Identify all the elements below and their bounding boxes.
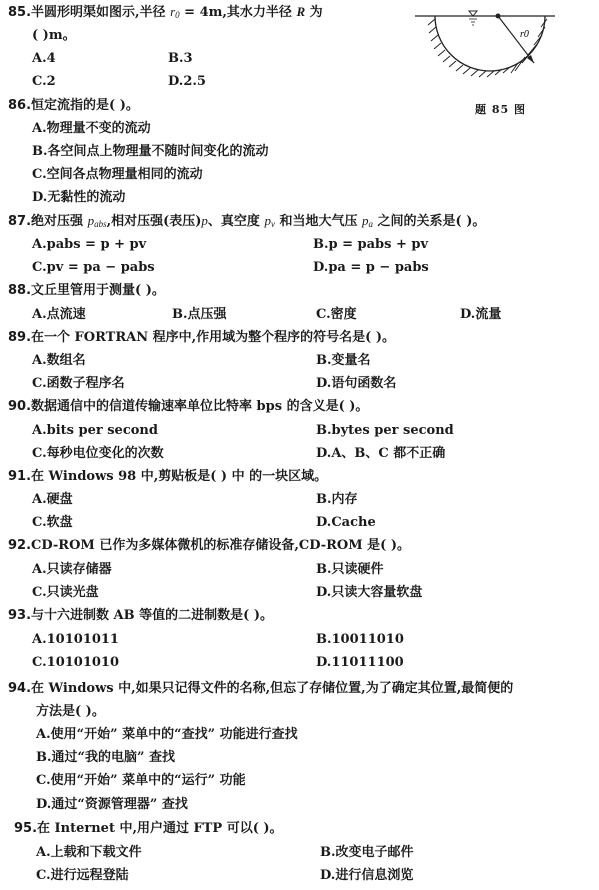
semicircular-channel-diagram: r0 <box>410 5 560 115</box>
option-d: D.进行信息浏览 <box>320 867 413 885</box>
option-a: A.bits per second <box>32 422 158 440</box>
question-85-stem-line2: ( )m。 <box>32 27 76 45</box>
question-85-stem: 85.半圆形明渠如图示,半径 r0 = 4m,其水力半径 R 为 <box>8 3 323 21</box>
radius-label: r0 <box>520 29 529 40</box>
option-c: C.函数子程序名 <box>32 375 125 393</box>
option-d: D.11011100 <box>316 654 404 672</box>
question-95-stem: 95.在 Internet 中,用户通过 FTP 可以( )。 <box>14 820 283 838</box>
option-b: B.改变电子邮件 <box>320 844 414 862</box>
figure-caption: 题 85 图 <box>475 101 526 117</box>
option-b: B.各空间点上物理量不随时间变化的流动 <box>32 143 269 161</box>
question-89-stem: 89.在一个 FORTRAN 程序中,作用域为整个程序的符号名是( )。 <box>8 329 395 347</box>
option-c: C.10101010 <box>32 654 119 672</box>
option-a: A.数组名 <box>32 352 86 370</box>
option-d: D.Cache <box>316 514 376 532</box>
option-d: D.语句函数名 <box>316 375 396 393</box>
option-c: C.每秒电位变化的次数 <box>32 445 164 463</box>
option-a: A.10101011 <box>32 631 119 649</box>
option-b: B.3 <box>168 50 193 68</box>
option-b: B.内存 <box>316 491 358 509</box>
option-c: C.pv = pa − pabs <box>32 259 155 277</box>
option-a: A.4 <box>32 50 56 68</box>
option-b: B.p = pabs + pv <box>313 236 428 254</box>
option-c: C.使用“开始” 菜单中的“运行” 功能 <box>36 772 246 790</box>
option-d: D.只读大容量软盘 <box>316 584 422 602</box>
option-d: D.无黏性的流动 <box>32 189 125 207</box>
option-d: D.2.5 <box>168 73 206 91</box>
option-a: A.只读存储器 <box>32 561 112 579</box>
option-a: A.物理量不变的流动 <box>32 120 151 138</box>
question-88-stem: 88.文丘里管用于测量( )。 <box>8 282 165 300</box>
question-91-stem: 91.在 Windows 98 中,剪贴板是( ) 中 的一块区域。 <box>8 468 327 486</box>
question-90-stem: 90.数据通信中的信道传输速率单位比特率 bps 的含义是( )。 <box>8 398 368 416</box>
option-b: B.点压强 <box>172 306 227 324</box>
question-93-stem: 93.与十六进制数 AB 等值的二进制数是( )。 <box>8 607 273 625</box>
option-c: C.2 <box>32 73 56 91</box>
option-c: C.软盘 <box>32 514 73 532</box>
option-c: C.密度 <box>316 306 357 324</box>
option-a: A.点流速 <box>32 306 86 324</box>
option-b: B.变量名 <box>316 352 371 370</box>
option-c: C.进行远程登陆 <box>36 867 129 885</box>
option-d: D.A、B、C 都不正确 <box>316 445 445 463</box>
question-94-stem-line2: 方法是( )。 <box>36 703 105 721</box>
option-d: D.流量 <box>460 306 501 324</box>
option-a: A.使用“开始” 菜单中的“查找” 功能进行查找 <box>36 726 298 744</box>
option-a: A.上载和下载文件 <box>36 844 142 862</box>
option-b: B.通过“我的电脑” 查找 <box>36 749 175 767</box>
option-b: B.10011010 <box>316 631 404 649</box>
option-c: C.只读光盘 <box>32 584 99 602</box>
question-94-stem: 94.在 Windows 中,如果只记得文件的名称,但忘了存储位置,为了确定其位… <box>8 680 513 698</box>
question-number: 85. <box>8 5 31 20</box>
question-86-stem: 86.恒定流指的是( )。 <box>8 97 139 115</box>
option-b: B.只读硬件 <box>316 561 384 579</box>
option-b: B.bytes per second <box>316 422 454 440</box>
question-92-stem: 92.CD-ROM 已作为多媒体微机的标准存储设备,CD-ROM 是( )。 <box>8 537 410 555</box>
option-a: A.pabs = p + pv <box>32 236 146 254</box>
option-d: D.通过“资源管理器” 查找 <box>36 796 188 814</box>
option-d: D.pa = p − pabs <box>313 259 429 277</box>
option-a: A.硬盘 <box>32 491 73 509</box>
option-c: C.空间各点物理量相同的流动 <box>32 166 203 184</box>
question-87-stem: 87.绝对压强 pabs,相对压强(表压)p、真空度 pv 和当地大气压 pa … <box>8 212 485 230</box>
